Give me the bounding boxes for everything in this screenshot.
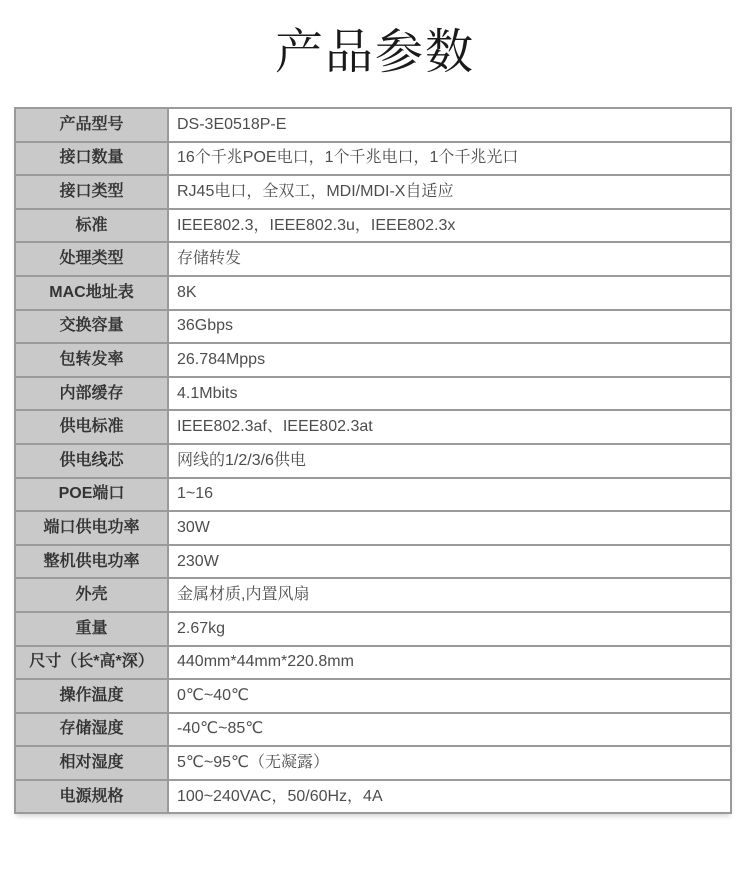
- spec-value: 100~240VAC，50/60Hz，4A: [168, 780, 731, 814]
- spec-table-row: MAC地址表 8K: [15, 276, 731, 310]
- spec-table-row: POE端口 1~16: [15, 478, 731, 512]
- spec-label: 交换容量: [15, 310, 168, 344]
- spec-label: 包转发率: [15, 343, 168, 377]
- spec-value: 16个千兆POE电口，1个千兆电口，1个千兆光口: [168, 142, 731, 176]
- spec-table-row: 外壳 金属材质,内置风扇: [15, 578, 731, 612]
- spec-table-row: 交换容量 36Gbps: [15, 310, 731, 344]
- spec-table-row: 包转发率 26.784Mpps: [15, 343, 731, 377]
- spec-label: 存储湿度: [15, 713, 168, 747]
- spec-label: 产品型号: [15, 108, 168, 142]
- spec-label: 电源规格: [15, 780, 168, 814]
- spec-table-row: 供电标准 IEEE802.3af、IEEE802.3at: [15, 410, 731, 444]
- spec-value: 4.1Mbits: [168, 377, 731, 411]
- spec-label: 整机供电功率: [15, 545, 168, 579]
- spec-label: 接口数量: [15, 142, 168, 176]
- spec-label: 供电标准: [15, 410, 168, 444]
- spec-value: 0℃~40℃: [168, 679, 731, 713]
- spec-table-row: 产品型号 DS-3E0518P-E: [15, 108, 731, 142]
- spec-value: 36Gbps: [168, 310, 731, 344]
- spec-value: 存储转发: [168, 242, 731, 276]
- product-spec-table: 产品型号 DS-3E0518P-E 接口数量 16个千兆POE电口，1个千兆电口…: [14, 107, 732, 814]
- spec-label: MAC地址表: [15, 276, 168, 310]
- spec-value: 网线的1/2/3/6供电: [168, 444, 731, 478]
- spec-label: 外壳: [15, 578, 168, 612]
- spec-table-row: 标准 IEEE802.3，IEEE802.3u，IEEE802.3x: [15, 209, 731, 243]
- spec-label: 接口类型: [15, 175, 168, 209]
- spec-label: POE端口: [15, 478, 168, 512]
- spec-table-row: 重量 2.67kg: [15, 612, 731, 646]
- spec-table-row: 供电线芯 网线的1/2/3/6供电: [15, 444, 731, 478]
- spec-table-row: 端口供电功率 30W: [15, 511, 731, 545]
- spec-value: 1~16: [168, 478, 731, 512]
- spec-label: 相对湿度: [15, 746, 168, 780]
- spec-label: 操作温度: [15, 679, 168, 713]
- page-title: 产品参数: [0, 0, 750, 86]
- spec-value: DS-3E0518P-E: [168, 108, 731, 142]
- spec-label: 内部缓存: [15, 377, 168, 411]
- spec-value: IEEE802.3af、IEEE802.3at: [168, 410, 731, 444]
- spec-value: 230W: [168, 545, 731, 579]
- spec-label: 重量: [15, 612, 168, 646]
- spec-value: RJ45电口，全双工，MDI/MDI-X自适应: [168, 175, 731, 209]
- spec-value: 440mm*44mm*220.8mm: [168, 646, 731, 680]
- spec-table-row: 操作温度 0℃~40℃: [15, 679, 731, 713]
- spec-value: 30W: [168, 511, 731, 545]
- spec-label: 尺寸（长*高*深）: [15, 646, 168, 680]
- spec-value: 2.67kg: [168, 612, 731, 646]
- spec-value: 5℃~95℃（无凝露）: [168, 746, 731, 780]
- spec-label: 供电线芯: [15, 444, 168, 478]
- spec-table-row: 接口数量 16个千兆POE电口，1个千兆电口，1个千兆光口: [15, 142, 731, 176]
- spec-table-row: 处理类型 存储转发: [15, 242, 731, 276]
- spec-value: 8K: [168, 276, 731, 310]
- spec-table-row: 内部缓存 4.1Mbits: [15, 377, 731, 411]
- spec-table-row: 相对湿度 5℃~95℃（无凝露）: [15, 746, 731, 780]
- spec-value: 26.784Mpps: [168, 343, 731, 377]
- spec-table-body: 产品型号 DS-3E0518P-E 接口数量 16个千兆POE电口，1个千兆电口…: [15, 108, 731, 813]
- spec-value: 金属材质,内置风扇: [168, 578, 731, 612]
- spec-label: 端口供电功率: [15, 511, 168, 545]
- spec-table-row: 存储湿度 -40℃~85℃: [15, 713, 731, 747]
- spec-table-row: 尺寸（长*高*深） 440mm*44mm*220.8mm: [15, 646, 731, 680]
- spec-value: IEEE802.3，IEEE802.3u，IEEE802.3x: [168, 209, 731, 243]
- spec-label: 处理类型: [15, 242, 168, 276]
- spec-label: 标准: [15, 209, 168, 243]
- spec-table-row: 整机供电功率 230W: [15, 545, 731, 579]
- spec-value: -40℃~85℃: [168, 713, 731, 747]
- spec-table-row: 接口类型 RJ45电口，全双工，MDI/MDI-X自适应: [15, 175, 731, 209]
- spec-table-row: 电源规格 100~240VAC，50/60Hz，4A: [15, 780, 731, 814]
